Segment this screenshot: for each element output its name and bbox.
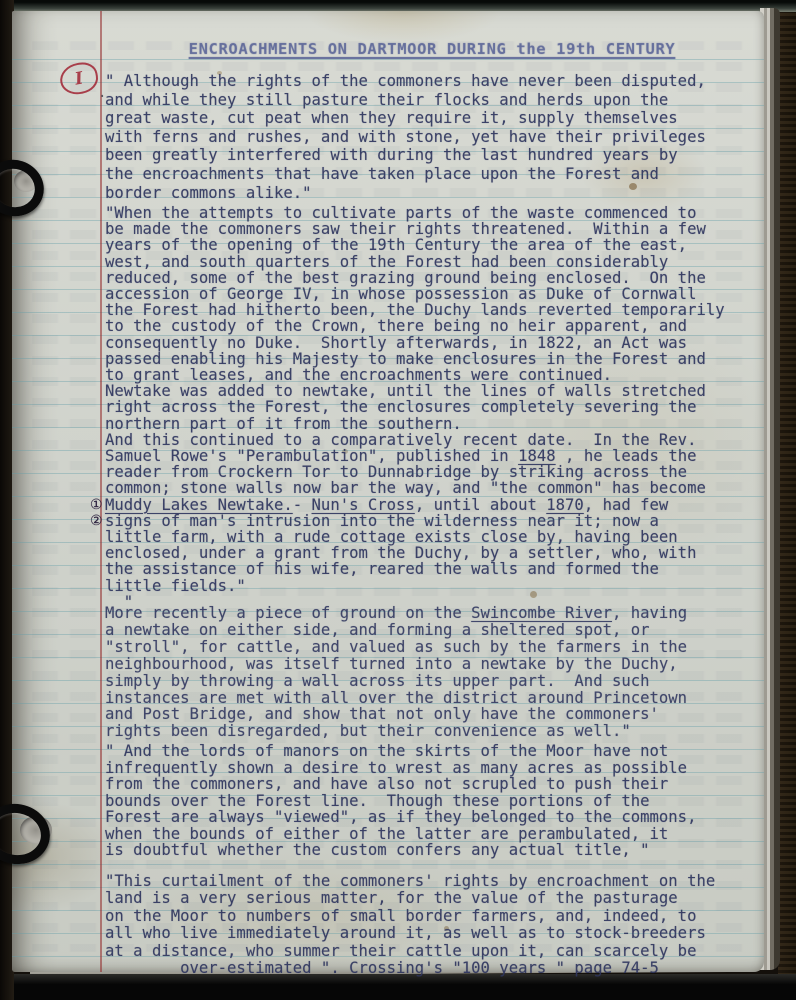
text-line: reader from Crockern Tor to Dunnabridge … bbox=[105, 464, 725, 480]
text-line: " And the lords of manors on the skirts … bbox=[105, 743, 696, 760]
text-line: bounds over the Forest line. Though thes… bbox=[105, 793, 696, 810]
text-line: " Although the rights of the commoners h… bbox=[105, 72, 706, 91]
text-segment: " And the lords of manors on the skirts … bbox=[105, 742, 668, 760]
text-line: Samuel Rowe's "Perambulation", published… bbox=[105, 448, 725, 464]
text-segment: and while they still pasture their flock… bbox=[105, 91, 668, 109]
text-line: to grant leases, and the encroachments w… bbox=[105, 367, 725, 383]
text-segment: the encroachments that have taken place … bbox=[105, 165, 659, 183]
text-line: and Post Bridge, and show that not only … bbox=[105, 706, 687, 723]
text-segment: with ferns and rushes, and with stone, y… bbox=[105, 128, 706, 146]
text-line: "This curtailment of the commoners' righ… bbox=[105, 873, 715, 890]
text-line: northern part of it from the southern. bbox=[105, 416, 725, 432]
text-line: be made the commoners saw their rights t… bbox=[105, 221, 725, 237]
text-line: And this continued to a comparatively re… bbox=[105, 432, 725, 448]
text-line: neighbourhood, was itself turned into a … bbox=[105, 656, 687, 673]
text-line: great waste, cut peat when they require … bbox=[105, 109, 706, 128]
page-title: ENCROACHMENTS ON DARTMOOR DURING the 19t… bbox=[152, 40, 712, 58]
document-photo: { "document": { "title": "ENCROACHMENTS … bbox=[0, 0, 796, 1000]
text-segment: and Post Bridge, and show that not only … bbox=[105, 705, 659, 723]
text-line: the Forest had hitherto been, the Duchy … bbox=[105, 302, 725, 318]
text-line: the assistance of his wife, reared the w… bbox=[105, 561, 725, 577]
text-line: with ferns and rushes, and with stone, y… bbox=[105, 128, 706, 147]
text-line: common; stone walls now bar the way, and… bbox=[105, 480, 725, 496]
text-segment: border commons alike." bbox=[105, 184, 312, 202]
text-line: instances are met with all over the dist… bbox=[105, 690, 687, 707]
paragraph: "When the attempts to cultivate parts of… bbox=[105, 205, 725, 610]
text-segment: , having bbox=[612, 604, 687, 622]
text-line: Forest are always "viewed", as if they b… bbox=[105, 809, 696, 826]
text-segment: a newtake on either side, and forming a … bbox=[105, 621, 650, 639]
text-line: Newtake was added to newtake, until the … bbox=[105, 383, 725, 399]
text-segment: " Although the rights of the commoners h… bbox=[105, 72, 706, 90]
red-margin-line bbox=[100, 11, 102, 972]
text-line: at a distance, who summer their cattle u… bbox=[105, 943, 715, 960]
text-line: been greatly interfered with during the … bbox=[105, 146, 706, 165]
text-line: ①Muddy Lakes Newtake.- Nun's Cross, unti… bbox=[105, 497, 725, 513]
text-segment: "This curtailment of the commoners' righ… bbox=[105, 872, 715, 890]
text-line: little farm, with a rude cottage exists … bbox=[105, 529, 725, 545]
text-segment: over-estimated ". Crossing's "100 years … bbox=[105, 959, 659, 977]
text-line: land is a very serious matter, for the v… bbox=[105, 890, 715, 907]
circled-number-annotation: ② bbox=[90, 514, 103, 528]
text-line: passed enabling his Majesty to make encl… bbox=[105, 351, 725, 367]
text-line: little fields." bbox=[105, 578, 725, 594]
text-segment: More recently a piece of ground on the bbox=[105, 604, 471, 622]
text-line: right across the Forest, the enclosures … bbox=[105, 399, 725, 415]
text-line: accession of George IV, in whose possess… bbox=[105, 286, 725, 302]
paragraph: "This curtailment of the commoners' righ… bbox=[105, 873, 715, 977]
text-line: when the bounds of either of the latter … bbox=[105, 826, 696, 843]
paragraph: " And the lords of manors on the skirts … bbox=[105, 743, 696, 859]
text-line: west, and south quarters of the Forest h… bbox=[105, 254, 725, 270]
text-line: "stroll", for cattle, and valued as such… bbox=[105, 639, 687, 656]
text-line: consequently no Duke. Shortly afterwards… bbox=[105, 335, 725, 351]
text-segment: Forest are always "viewed", as if they b… bbox=[105, 808, 696, 826]
text-segment: all who live immediately around it, as w… bbox=[105, 924, 706, 942]
underlined-text: Swincombe River bbox=[471, 604, 612, 622]
text-segment: infrequently shown a desire to wrest as … bbox=[105, 759, 687, 777]
text-line: from the commoners, and have also not sc… bbox=[105, 776, 696, 793]
text-segment: "stroll", for cattle, and valued as such… bbox=[105, 638, 687, 656]
text-line: to the custody of the Crown, there being… bbox=[105, 318, 725, 334]
text-segment: at a distance, who summer their cattle u… bbox=[105, 942, 696, 960]
text-line: enclosed, under a grant from the Duchy, … bbox=[105, 545, 725, 561]
text-line: the encroachments that have taken place … bbox=[105, 165, 706, 184]
text-segment: neighbourhood, was itself turned into a … bbox=[105, 655, 678, 673]
text-line: More recently a piece of ground on the S… bbox=[105, 605, 687, 622]
text-line: ②signs of man's intrusion into the wilde… bbox=[105, 513, 725, 529]
text-line: infrequently shown a desire to wrest as … bbox=[105, 760, 696, 777]
text-segment: simply by throwing a wall across its upp… bbox=[105, 672, 650, 690]
text-line: reduced, some of the best grazing ground… bbox=[105, 270, 725, 286]
paragraph: " Although the rights of the commoners h… bbox=[105, 72, 706, 202]
text-line: on the Moor to numbers of small border f… bbox=[105, 908, 715, 925]
text-segment: been greatly interfered with during the … bbox=[105, 146, 678, 164]
text-segment: when the bounds of either of the latter … bbox=[105, 825, 668, 843]
text-segment: from the commoners, and have also not sc… bbox=[105, 775, 668, 793]
text-line: simply by throwing a wall across its upp… bbox=[105, 673, 687, 690]
text-line: over-estimated ". Crossing's "100 years … bbox=[105, 960, 715, 977]
text-segment: bounds over the Forest line. Though thes… bbox=[105, 792, 650, 810]
paragraph: More recently a piece of ground on the S… bbox=[105, 605, 687, 740]
text-line: is doubtful whether the custom confers a… bbox=[105, 842, 696, 859]
text-line: a newtake on either side, and forming a … bbox=[105, 622, 687, 639]
text-line: all who live immediately around it, as w… bbox=[105, 925, 715, 942]
margin-mark-label: I bbox=[73, 68, 84, 89]
text-segment: land is a very serious matter, for the v… bbox=[105, 889, 678, 907]
text-line: "When the attempts to cultivate parts of… bbox=[105, 205, 725, 221]
text-segment: rights been disregarded, but their conve… bbox=[105, 722, 631, 740]
circled-number-annotation: ① bbox=[90, 498, 103, 512]
text-segment: instances are met with all over the dist… bbox=[105, 689, 687, 707]
text-segment: is doubtful whether the custom confers a… bbox=[105, 841, 650, 859]
text-line: border commons alike." bbox=[105, 184, 706, 203]
background-cloth bbox=[778, 0, 796, 1000]
text-segment: great waste, cut peat when they require … bbox=[105, 109, 678, 127]
text-line: rights been disregarded, but their conve… bbox=[105, 723, 687, 740]
text-line: years of the opening of the 19th Century… bbox=[105, 237, 725, 253]
notebook-page: ENCROACHMENTS ON DARTMOOR DURING the 19t… bbox=[12, 11, 764, 972]
table-surface bbox=[0, 974, 796, 1000]
red-circled-numeral-annotation: I bbox=[58, 60, 101, 97]
text-segment: on the Moor to numbers of small border f… bbox=[105, 907, 696, 925]
text-line: and while they still pasture their flock… bbox=[105, 91, 706, 110]
